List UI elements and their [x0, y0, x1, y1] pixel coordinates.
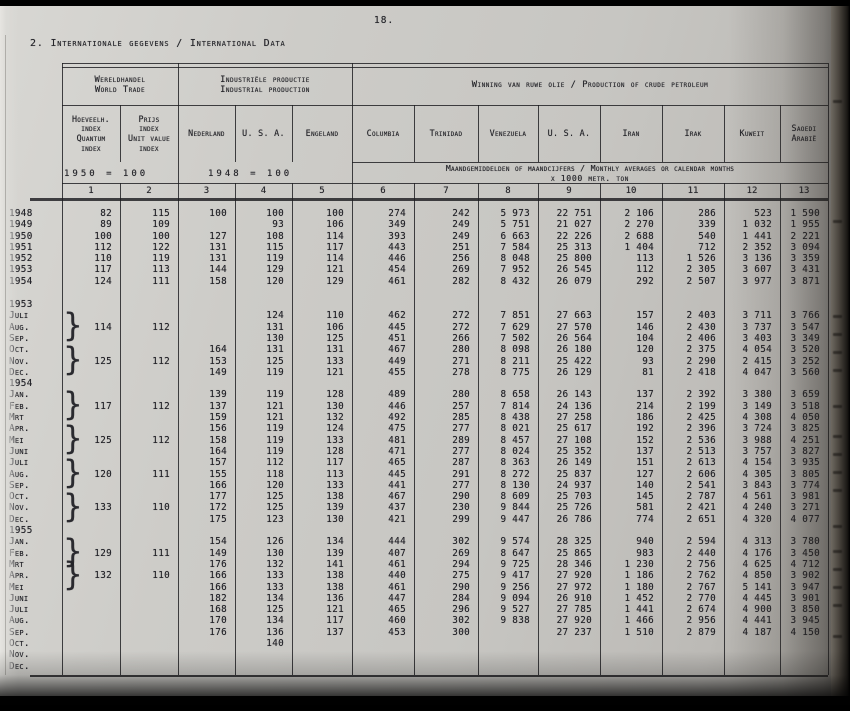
- table-cell: [538, 661, 600, 672]
- column-header: SaoediArabië: [780, 106, 828, 162]
- table-row: Juli1241104622727 85127 6631572 4033 711…: [8, 310, 828, 321]
- table-cell: 4 050: [780, 412, 828, 423]
- table-cell: [120, 457, 178, 468]
- index-base-world-trade: 1950 = 100: [64, 169, 148, 179]
- table-cell: 117: [292, 242, 352, 253]
- table-row: 1954: [8, 378, 828, 389]
- table-row: Mrt1761321414612949 72528 3461 2302 7564…: [8, 559, 828, 570]
- table-cell: 285: [414, 412, 478, 423]
- table-cell: 82: [62, 208, 120, 219]
- table-cell: 93: [600, 356, 662, 367]
- row-label: Nov.: [8, 356, 62, 367]
- table-cell: 24 937: [538, 480, 600, 491]
- scanned-page: 18. 2. Internationale gegevens / Interna…: [0, 5, 850, 696]
- table-cell: 3 947: [780, 582, 828, 593]
- row-label: Sep.: [8, 627, 62, 638]
- table-cell: [780, 638, 828, 649]
- table-cell: 112: [120, 322, 178, 333]
- table-cell: 5 141: [724, 582, 780, 593]
- table-row: Dec.: [8, 661, 828, 672]
- row-label: Nov.: [8, 502, 62, 513]
- table-cell: 3 359: [780, 253, 828, 264]
- edge-print-smudge: [833, 405, 842, 408]
- table-cell: 2 613: [662, 457, 724, 468]
- table-cell: 117: [292, 457, 352, 468]
- table-cell: 3 766: [780, 310, 828, 321]
- table-cell: 177: [178, 491, 235, 502]
- table-cell: [235, 661, 292, 672]
- table-cell: [478, 649, 538, 660]
- table-cell: 138: [292, 582, 352, 593]
- table-cell: 4 900: [724, 604, 780, 615]
- row-label: Aug.: [8, 322, 62, 333]
- table-cell: [62, 615, 120, 626]
- table-cell: [352, 649, 414, 660]
- column-header: Columbia: [352, 106, 414, 162]
- table-cell: 1 032: [724, 219, 780, 230]
- table-cell: 2 421: [662, 502, 724, 513]
- table-row: Nov.1331101721251394372309 84425 7265812…: [8, 502, 828, 513]
- table-cell: 175: [178, 514, 235, 525]
- table-cell: 3 094: [780, 242, 828, 253]
- quarter-brace: }: [63, 309, 83, 345]
- table-cell: 2 270: [600, 219, 662, 230]
- table-cell: 152: [600, 435, 662, 446]
- table-cell: 441: [352, 480, 414, 491]
- table-cell: 4 077: [780, 514, 828, 525]
- table-cell: 1 186: [600, 570, 662, 581]
- table-cell: 3 945: [780, 615, 828, 626]
- table-cell: 133: [292, 356, 352, 367]
- table-rule-horizontal: [30, 198, 828, 201]
- table-cell: 269: [414, 264, 478, 275]
- table-cell: 139: [292, 548, 352, 559]
- table-cell: 100: [178, 208, 235, 219]
- table-cell: 27 237: [538, 627, 600, 638]
- table-cell: 1 590: [780, 208, 828, 219]
- table-cell: [120, 310, 178, 321]
- table-cell: 149: [178, 548, 235, 559]
- table-cell: 339: [662, 219, 724, 230]
- table-cell: 2 513: [662, 446, 724, 457]
- column-number: 13: [780, 184, 828, 197]
- table-cell: 192: [600, 423, 662, 434]
- table-cell: 440: [352, 570, 414, 581]
- table-cell: [662, 661, 724, 672]
- table-cell: 3 981: [780, 491, 828, 502]
- table-cell: [178, 322, 235, 333]
- table-cell: 117: [62, 264, 120, 275]
- table-cell: [352, 299, 414, 310]
- group-header-world-trade: Wereldhandel World Trade: [62, 66, 178, 104]
- table-cell: 2 541: [662, 480, 724, 491]
- table-cell: 294: [414, 559, 478, 570]
- table-cell: 2 606: [662, 469, 724, 480]
- table-cell: 138: [292, 570, 352, 581]
- table-cell: 129: [235, 264, 292, 275]
- table-cell: [178, 661, 235, 672]
- table-cell: 3 988: [724, 435, 780, 446]
- table-cell: 443: [352, 242, 414, 253]
- table-cell: 249: [414, 231, 478, 242]
- table-cell: [724, 638, 780, 649]
- table-cell: 4 054: [724, 344, 780, 355]
- table-cell: [235, 649, 292, 660]
- table-cell: [62, 604, 120, 615]
- edge-print-smudge: [833, 220, 842, 223]
- table-cell: 282: [414, 276, 478, 287]
- table-cell: [120, 661, 178, 672]
- column-header-line: U. S. A.: [242, 129, 285, 139]
- photo-top-border: [0, 0, 850, 6]
- table-cell: 3 403: [724, 333, 780, 344]
- table-cell: 155: [178, 469, 235, 480]
- table-cell: 26 143: [538, 389, 600, 400]
- table-cell: [178, 219, 235, 230]
- table-cell: 9 417: [478, 570, 538, 581]
- table-cell: 249: [414, 219, 478, 230]
- table-cell: 299: [414, 514, 478, 525]
- table-cell: 2 756: [662, 559, 724, 570]
- column-header-line: Engeland: [306, 129, 339, 139]
- table-cell: [292, 649, 352, 660]
- index-base-industrial: 1948 = 100: [208, 169, 292, 179]
- table-cell: 3 850: [780, 604, 828, 615]
- group-header-crude-petroleum: Winning van ruwe olie / Production of cr…: [352, 66, 828, 104]
- group-label: Winning van ruwe olie / Production of cr…: [472, 80, 708, 91]
- table-row: Mrt1591211324922858 43827 2581862 4254 3…: [8, 412, 828, 423]
- row-label: 1951: [8, 242, 62, 253]
- quarter-brace: }: [63, 388, 83, 424]
- table-cell: [235, 299, 292, 310]
- table-cell: 7 584: [478, 242, 538, 253]
- table-row: 194989109931063492495 75121 0272 2703391…: [8, 219, 828, 230]
- table-cell: 266: [414, 333, 478, 344]
- table-row: Oct.1771251384672908 60925 7031452 7874 …: [8, 491, 828, 502]
- row-label: Nov.: [8, 649, 62, 660]
- table-cell: [120, 412, 178, 423]
- table-cell: 9 256: [478, 582, 538, 593]
- table-cell: 25 865: [538, 548, 600, 559]
- table-cell: 4 305: [724, 469, 780, 480]
- table-cell: 3 737: [724, 322, 780, 333]
- table-cell: 3 252: [780, 356, 828, 367]
- table-cell: 134: [235, 593, 292, 604]
- table-cell: 119: [235, 423, 292, 434]
- table-cell: 2 418: [662, 367, 724, 378]
- column-number: 1: [62, 184, 120, 197]
- table-cell: 25 352: [538, 446, 600, 457]
- table-cell: 289: [414, 435, 478, 446]
- table-cell: 449: [352, 356, 414, 367]
- table-cell: 110: [62, 253, 120, 264]
- column-header: Venezuela: [478, 106, 538, 162]
- table-cell: [538, 525, 600, 536]
- column-number: 7: [414, 184, 478, 197]
- table-cell: 25 837: [538, 469, 600, 480]
- table-cell: 4 625: [724, 559, 780, 570]
- table-cell: 274: [352, 208, 414, 219]
- table-cell: 164: [178, 446, 235, 457]
- table-cell: 271: [414, 356, 478, 367]
- table-row: Mei1251121581191334812898 45727 1081522 …: [8, 435, 828, 446]
- table-cell: 3 902: [780, 570, 828, 581]
- table-cell: 170: [178, 615, 235, 626]
- table-cell: 27 258: [538, 412, 600, 423]
- table-cell: 172: [178, 502, 235, 513]
- table-cell: 134: [235, 615, 292, 626]
- column-header-line: Iran: [622, 129, 639, 139]
- table-cell: 104: [600, 333, 662, 344]
- edge-print-smudge: [833, 453, 842, 456]
- table-cell: 481: [352, 435, 414, 446]
- table-cell: 461: [352, 559, 414, 570]
- table-cell: 111: [120, 276, 178, 287]
- table-cell: [120, 525, 178, 536]
- table-cell: [120, 638, 178, 649]
- table-cell: 93: [235, 219, 292, 230]
- table-cell: 157: [600, 310, 662, 321]
- column-header: Iran: [600, 106, 662, 162]
- table-cell: 2 688: [600, 231, 662, 242]
- table-cell: 111: [120, 469, 178, 480]
- table-cell: [120, 333, 178, 344]
- table-cell: 138: [292, 491, 352, 502]
- table-cell: 2 440: [662, 548, 724, 559]
- group-label-en: Industrial production: [220, 85, 310, 96]
- table-cell: [662, 638, 724, 649]
- row-label: Sep.: [8, 333, 62, 344]
- table-cell: 140: [235, 638, 292, 649]
- table-cell: 124: [62, 276, 120, 287]
- table-cell: 121: [292, 367, 352, 378]
- table-cell: 166: [178, 570, 235, 581]
- table-cell: 461: [352, 582, 414, 593]
- table-cell: 124: [235, 310, 292, 321]
- table-cell: [62, 649, 120, 660]
- table-row: Feb.1291111491301394072698 64725 8659832…: [8, 548, 828, 559]
- table-cell: 8 272: [478, 469, 538, 480]
- edge-print-smudge: [833, 604, 842, 607]
- table-cell: 26 545: [538, 264, 600, 275]
- table-cell: 8 021: [478, 423, 538, 434]
- table-rule-horizontal: [352, 162, 828, 163]
- table-cell: 407: [352, 548, 414, 559]
- table-cell: 8 775: [478, 367, 538, 378]
- table-cell: 121: [292, 604, 352, 615]
- column-number: 12: [724, 184, 780, 197]
- table-row: 1948821151001001002742425 97322 7512 106…: [8, 208, 828, 219]
- table-cell: 25 703: [538, 491, 600, 502]
- table-cell: 1 404: [600, 242, 662, 253]
- table-cell: [538, 299, 600, 310]
- table-cell: 136: [235, 627, 292, 638]
- table-cell: 4 441: [724, 615, 780, 626]
- table-cell: 176: [178, 627, 235, 638]
- table-cell: 9 527: [478, 604, 538, 615]
- table-cell: 2 787: [662, 491, 724, 502]
- table-cell: 2 536: [662, 435, 724, 446]
- table-cell: 4 712: [780, 559, 828, 570]
- table-cell: [414, 649, 478, 660]
- table-cell: 28 346: [538, 559, 600, 570]
- table-cell: 120: [235, 276, 292, 287]
- table-cell: [662, 378, 724, 389]
- table-cell: 136: [292, 593, 352, 604]
- edge-print-smudge: [833, 568, 842, 571]
- table-cell: [352, 525, 414, 536]
- table-cell: 581: [600, 502, 662, 513]
- table-cell: [120, 649, 178, 660]
- table-row: Juli1571121174652878 36326 1491512 6134 …: [8, 457, 828, 468]
- column-header: Trinidad: [414, 106, 478, 162]
- table-row: Nov.1251121531251334492718 21125 422932 …: [8, 356, 828, 367]
- column-header-line: index: [81, 144, 101, 154]
- table-cell: 278: [414, 367, 478, 378]
- edge-print-smudge: [833, 489, 842, 492]
- row-label: 1953: [8, 264, 62, 275]
- table-cell: 140: [600, 480, 662, 491]
- table-cell: 8 457: [478, 435, 538, 446]
- table-cell: 302: [414, 536, 478, 547]
- row-label: 1950: [8, 231, 62, 242]
- table-cell: 2 290: [662, 356, 724, 367]
- column-header: Engeland: [292, 106, 352, 162]
- column-header: PrijsindexUnit valueindex: [120, 106, 178, 162]
- table-cell: 983: [600, 548, 662, 559]
- table-cell: 3 711: [724, 310, 780, 321]
- table-cell: 3 724: [724, 423, 780, 434]
- table-cell: [120, 389, 178, 400]
- table-cell: [178, 525, 235, 536]
- table-cell: [780, 378, 828, 389]
- table-row: Sep.17613613745330027 2371 5102 8794 187…: [8, 627, 828, 638]
- table-row: Apr.1321101661331384402759 41727 9201 18…: [8, 570, 828, 581]
- table-cell: 4 150: [780, 627, 828, 638]
- table-row: Dec.1491191214552788 77526 129812 4184 0…: [8, 367, 828, 378]
- table-cell: 3 659: [780, 389, 828, 400]
- table-cell: 115: [120, 208, 178, 219]
- table-cell: 134: [292, 536, 352, 547]
- table-cell: 25 313: [538, 242, 600, 253]
- table-cell: 129: [292, 276, 352, 287]
- table-cell: 2 879: [662, 627, 724, 638]
- table-cell: 9 574: [478, 536, 538, 547]
- table-cell: 286: [662, 208, 724, 219]
- table-cell: [120, 299, 178, 310]
- table-cell: 2 403: [662, 310, 724, 321]
- table-cell: [120, 480, 178, 491]
- table-cell: 242: [414, 208, 478, 219]
- table-cell: [478, 638, 538, 649]
- table-cell: 26 149: [538, 457, 600, 468]
- table-cell: 145: [600, 491, 662, 502]
- table-cell: 6 663: [478, 231, 538, 242]
- table-cell: [120, 367, 178, 378]
- table-cell: 540: [662, 231, 724, 242]
- table-cell: 275: [414, 570, 478, 581]
- row-label: Aug.: [8, 615, 62, 626]
- table-cell: 117: [292, 615, 352, 626]
- table-cell: [662, 649, 724, 660]
- table-cell: 126: [235, 536, 292, 547]
- row-label: Juli: [8, 457, 62, 468]
- table-cell: 113: [292, 469, 352, 480]
- table-cell: [120, 559, 178, 570]
- row-label: Feb.: [8, 548, 62, 559]
- table-row: 1953: [8, 299, 828, 310]
- table-cell: 462: [352, 310, 414, 321]
- table-cell: 455: [352, 367, 414, 378]
- table-cell: 125: [235, 604, 292, 615]
- table-cell: 25 800: [538, 253, 600, 264]
- table-cell: [478, 661, 538, 672]
- table-cell: [478, 627, 538, 638]
- table-cell: 460: [352, 615, 414, 626]
- quarter-brace: }: [63, 343, 83, 379]
- table-cell: 100: [120, 231, 178, 242]
- table-cell: 523: [724, 208, 780, 219]
- table-cell: 290: [414, 582, 478, 593]
- table-cell: 137: [178, 401, 235, 412]
- table-cell: [600, 638, 662, 649]
- column-number: 3: [178, 184, 235, 197]
- table-cell: 3 349: [780, 333, 828, 344]
- table-cell: [414, 661, 478, 672]
- table-cell: 106: [292, 219, 352, 230]
- row-spacer: [8, 287, 828, 299]
- table-cell: 2 106: [600, 208, 662, 219]
- edge-print-smudge: [833, 586, 842, 589]
- table-cell: 5 973: [478, 208, 538, 219]
- table-cell: 141: [292, 559, 352, 570]
- table-cell: 113: [600, 253, 662, 264]
- column-number: 6: [352, 184, 414, 197]
- table-cell: 2 406: [662, 333, 724, 344]
- table-rule-horizontal: [62, 63, 828, 64]
- table-cell: [235, 378, 292, 389]
- table-cell: [352, 661, 414, 672]
- table-cell: 277: [414, 480, 478, 491]
- table-cell: 9 725: [478, 559, 538, 570]
- row-label: Oct.: [8, 491, 62, 502]
- table-cell: 131: [178, 253, 235, 264]
- table-cell: [724, 649, 780, 660]
- table-cell: [178, 299, 235, 310]
- table-row: Nov.: [8, 649, 828, 660]
- scanned-book-photo: 18. 2. Internationale gegevens / Interna…: [0, 0, 850, 711]
- table-cell: 2 430: [662, 322, 724, 333]
- table-cell: 8 024: [478, 446, 538, 457]
- table-cell: 125: [235, 502, 292, 513]
- table-cell: [178, 333, 235, 344]
- table-cell: [120, 423, 178, 434]
- table-cell: 1 526: [662, 253, 724, 264]
- table-cell: [414, 378, 478, 389]
- table-cell: 3 518: [780, 401, 828, 412]
- table-cell: 27 972: [538, 582, 600, 593]
- table-cell: 119: [235, 367, 292, 378]
- table-cell: 109: [120, 219, 178, 230]
- table-cell: [352, 378, 414, 389]
- edge-print-smudge: [833, 369, 842, 372]
- table-cell: 421: [352, 514, 414, 525]
- table-cell: [62, 638, 120, 649]
- table-row: Juni1641191284712778 02425 3521372 5133 …: [8, 446, 828, 457]
- units-note-line1: Maandgemiddelden of maandcijfers / Month…: [352, 163, 828, 173]
- table-cell: 120: [600, 344, 662, 355]
- table-cell: 2 415: [724, 356, 780, 367]
